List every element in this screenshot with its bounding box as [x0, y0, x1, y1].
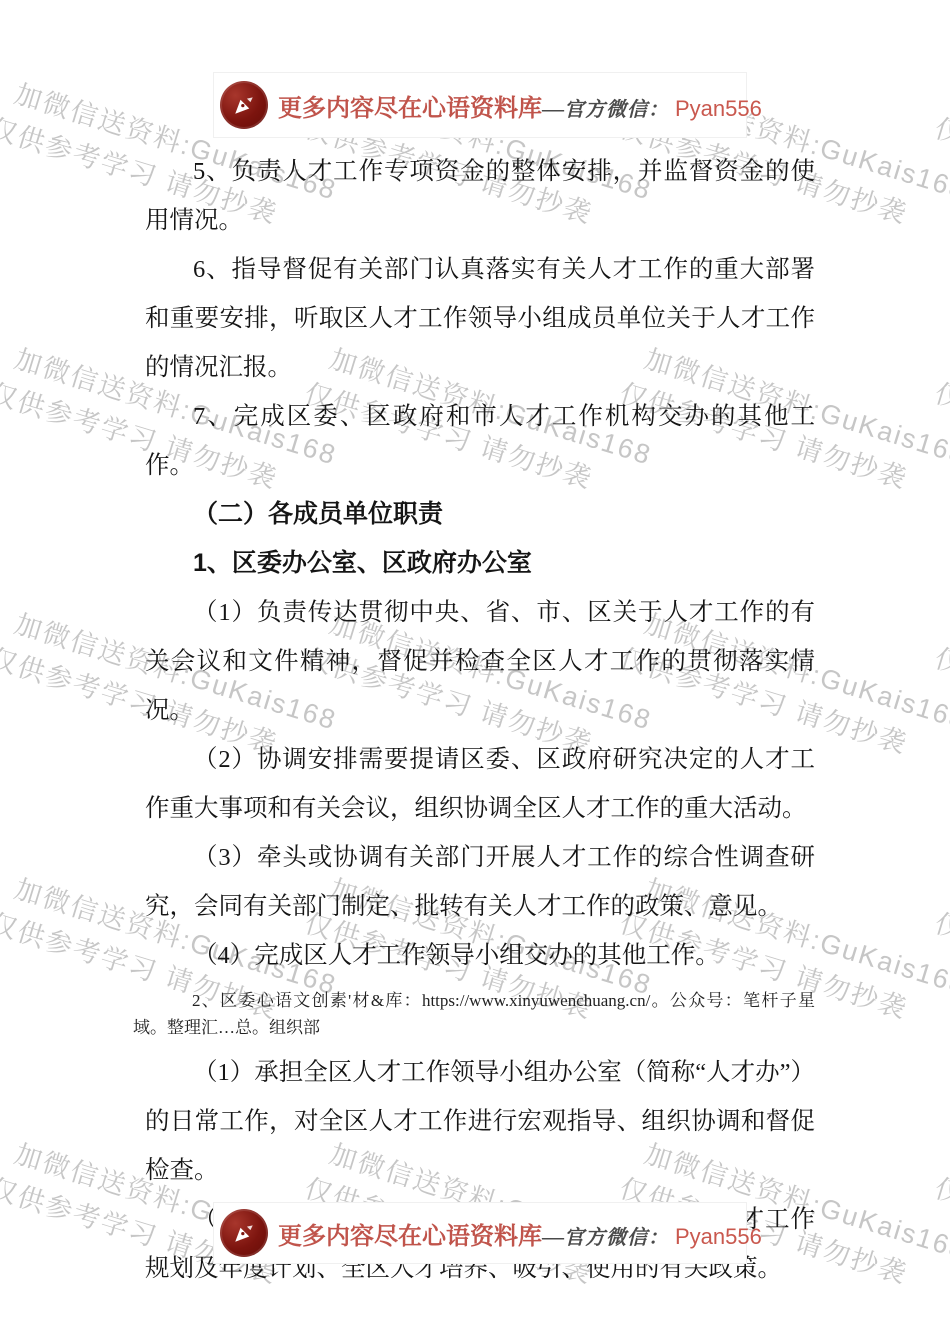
paragraph: 6、指导督促有关部门认真落实有关人才工作的重大部署和重要安排，听取区人才工作领导… — [145, 245, 815, 392]
banner-wechat-label: 官方微信： — [564, 1221, 669, 1250]
banner-title: 更多内容尽在心语资料库 — [278, 88, 542, 123]
banner-title: 更多内容尽在心语资料库 — [278, 1216, 542, 1251]
banner-wechat-id: Pyan556 — [669, 96, 762, 122]
paragraph: （1）承担全区人才工作领导小组办公室（简称“人才办”）的日常工作，对全区人才工作… — [145, 1048, 815, 1195]
paragraph: （4）完成区人才工作领导小组交办的其他工作。 — [145, 931, 815, 980]
paragraph: 5、负责人才工作专项资金的整体安排，并监督资金的使用情况。 — [145, 147, 815, 245]
inline-ad-line: 2、区委心语文创素'材&库：https://www.xinyuwenchuang… — [133, 987, 815, 1041]
banner-text: 更多内容尽在心语资料库 — 官方微信： Pyan556 — [278, 88, 762, 123]
document-page: 加微信送资料:GuKais168仅供参考学习 请勿抄袭加微信送资料:GuKais… — [0, 0, 950, 1344]
watermark-tile: 加微信送资料:GuKais168仅供参考学习 请勿抄袭 — [930, 1130, 950, 1309]
header-banner: 更多内容尽在心语资料库 — 官方微信： Pyan556 — [213, 72, 747, 138]
watermark-tile: 加微信送资料:GuKais168仅供参考学习 请勿抄袭 — [930, 335, 950, 514]
pen-nib-icon — [230, 1219, 258, 1247]
watermark-tile: 加微信送资料:GuKais168仅供参考学习 请勿抄袭 — [930, 70, 950, 249]
section-heading: （二）各成员单位职责 — [145, 490, 815, 539]
paragraph: （1）负责传达贯彻中央、省、市、区关于人才工作的有关会议和文件精神，督促并检查全… — [145, 588, 815, 735]
document-body: 5、负责人才工作专项资金的整体安排，并监督资金的使用情况。6、指导督促有关部门认… — [145, 147, 815, 1293]
banner-text: 更多内容尽在心语资料库 — 官方微信： Pyan556 — [278, 1216, 762, 1251]
paragraph: （2）协调安排需要提请区委、区政府研究决定的人才工作重大事项和有关会议，组织协调… — [145, 735, 815, 833]
banner-dash: — — [542, 1224, 564, 1250]
banner-dash: — — [542, 96, 564, 122]
pen-nib-logo-icon — [220, 81, 268, 129]
section-heading: 1、区委办公室、区政府办公室 — [145, 539, 815, 588]
pen-nib-icon — [230, 91, 258, 119]
footer-banner: 更多内容尽在心语资料库 — 官方微信： Pyan556 — [213, 1202, 747, 1264]
banner-wechat-id: Pyan556 — [669, 1224, 762, 1250]
watermark-tile: 加微信送资料:GuKais168仅供参考学习 请勿抄袭 — [930, 865, 950, 1044]
paragraph: 7、完成区委、区政府和市人才工作机构交办的其他工作。 — [145, 392, 815, 490]
banner-wechat-label: 官方微信： — [564, 93, 669, 122]
paragraph: （3）牵头或协调有关部门开展人才工作的综合性调查研究，会同有关部门制定、批转有关… — [145, 833, 815, 931]
watermark-tile: 加微信送资料:GuKais168仅供参考学习 请勿抄袭 — [930, 600, 950, 779]
pen-nib-logo-icon — [220, 1209, 268, 1257]
